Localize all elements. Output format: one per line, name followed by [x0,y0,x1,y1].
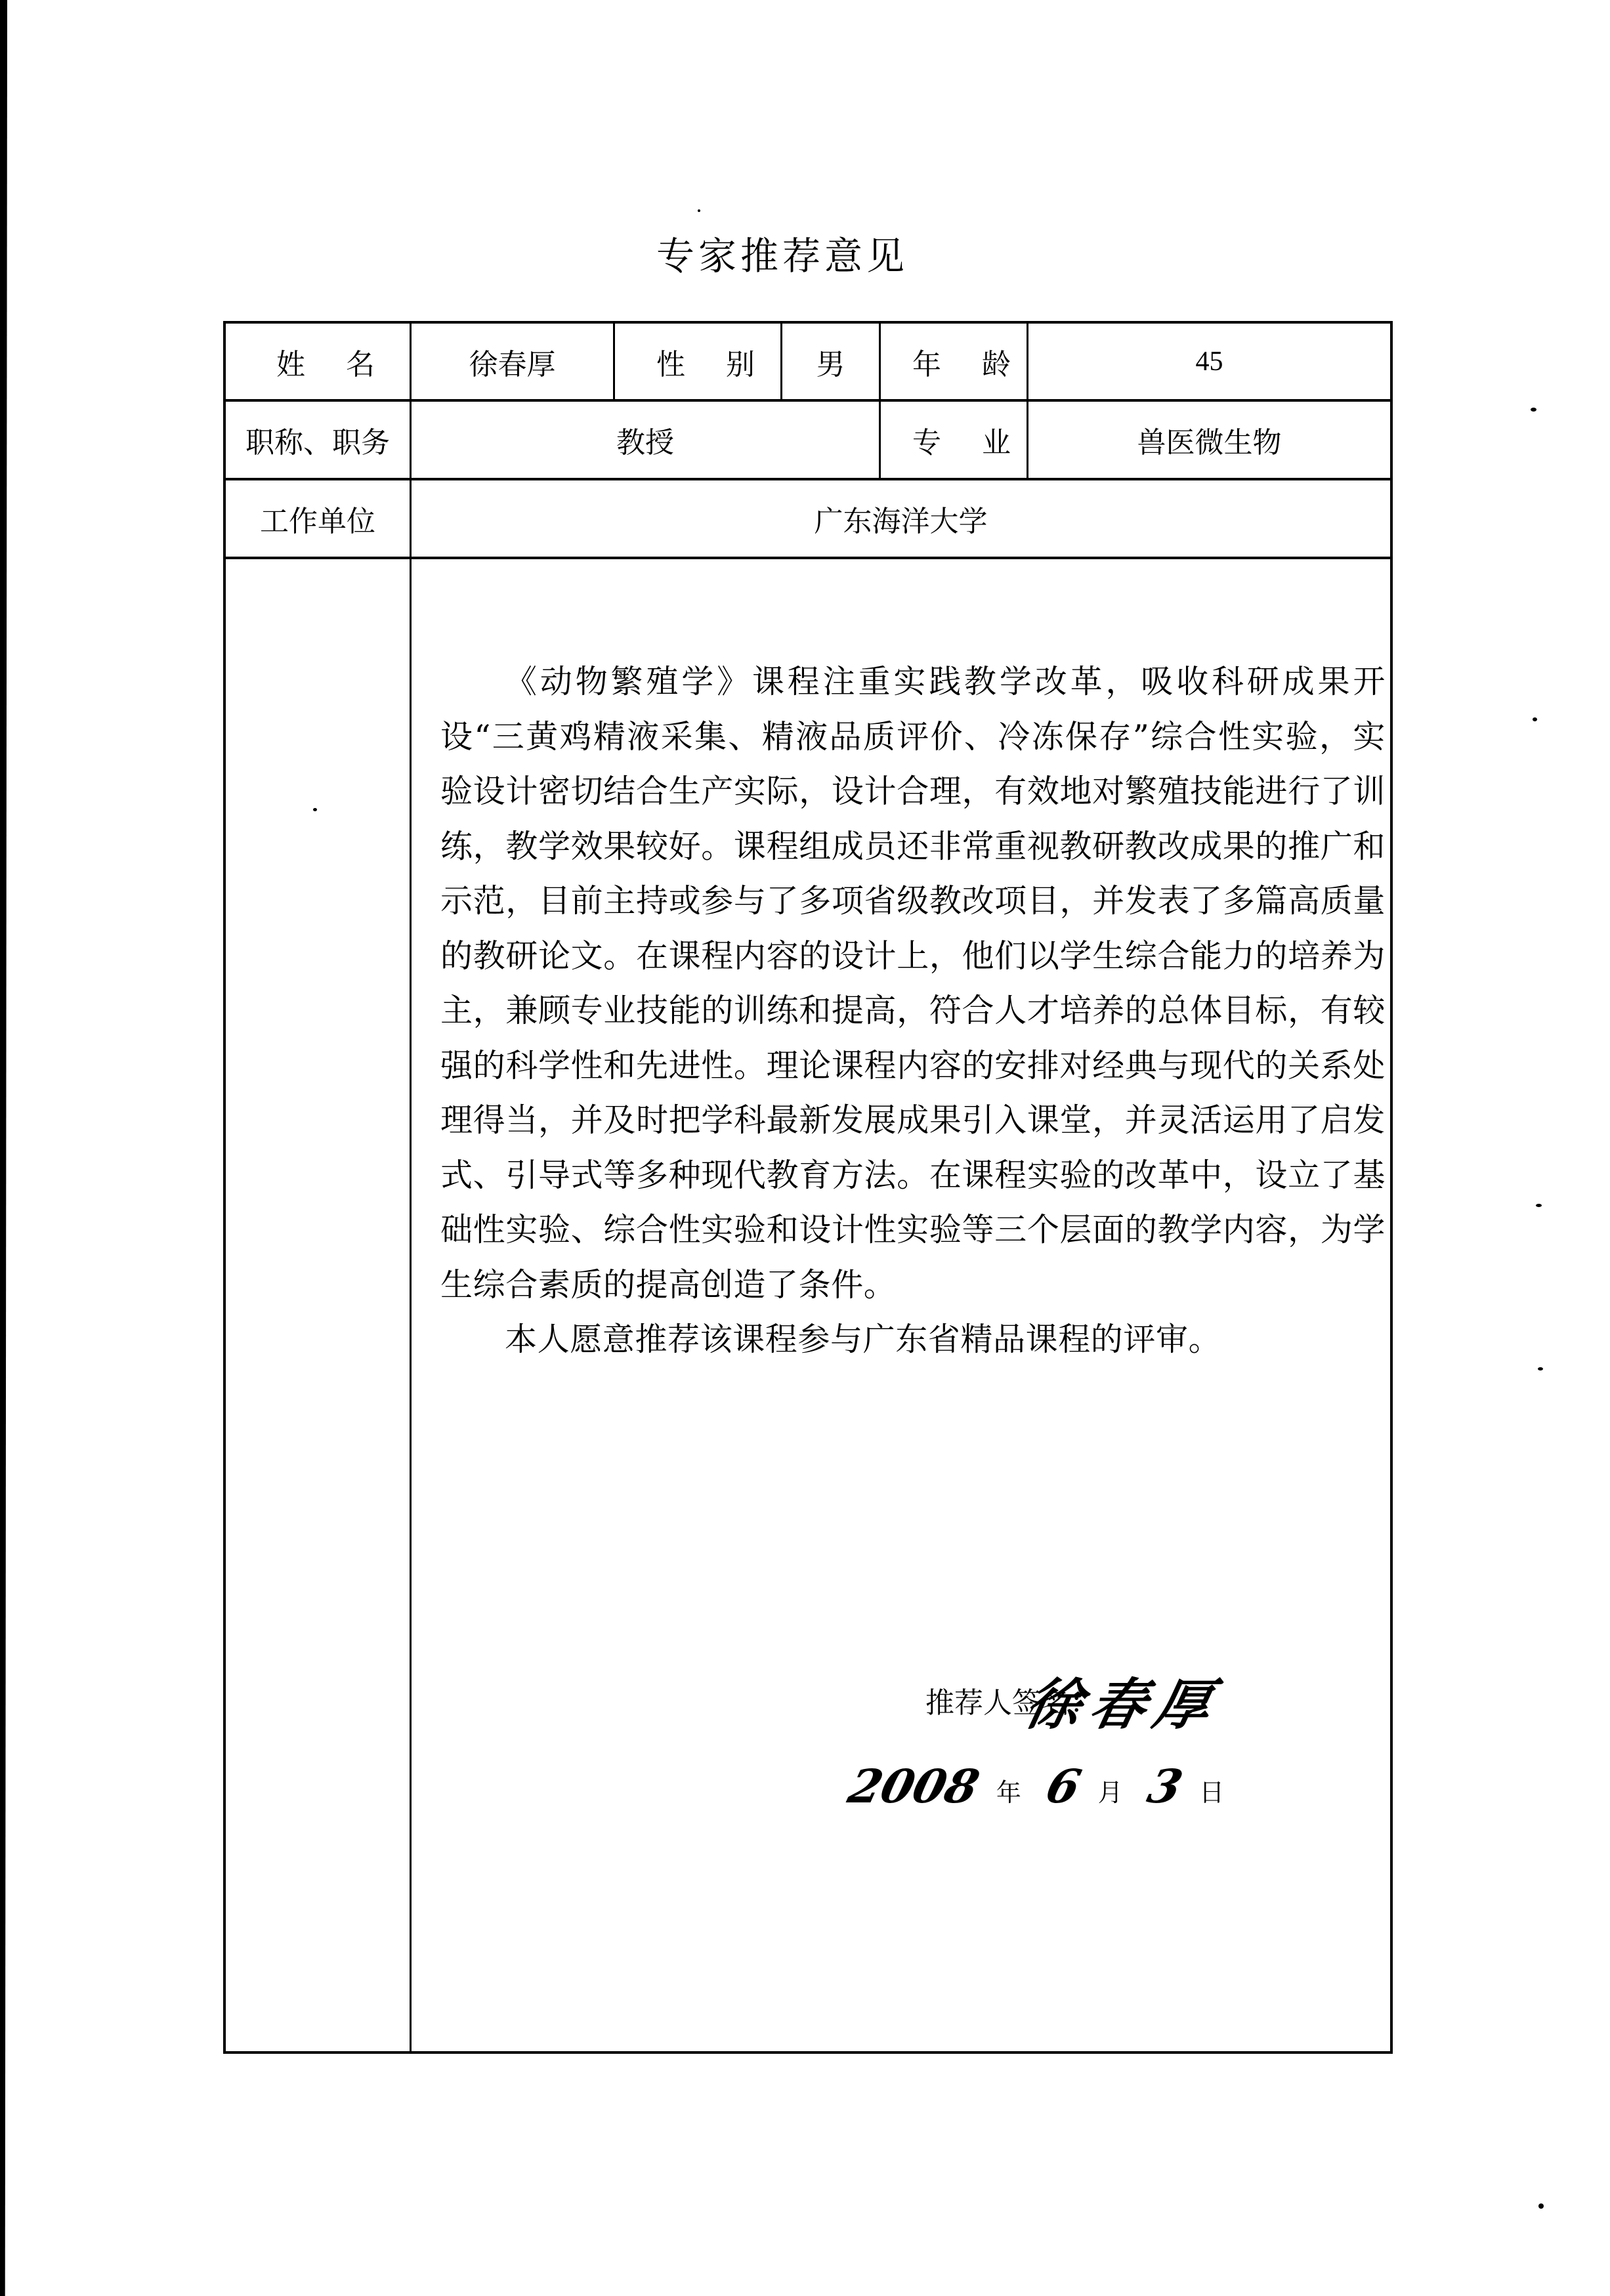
gender-value: 男 [782,324,879,399]
scan-speck [698,209,700,212]
scan-edge-artifact [0,0,7,2296]
date-month-unit: 月 [1098,1772,1123,1808]
row-divider [226,557,1390,559]
name-value: 徐春厚 [412,324,613,399]
age-label: 年 龄 [881,324,1042,399]
date-year-unit: 年 [996,1772,1021,1808]
signature-date: 2008 年 6 月 3 日 [850,1759,1250,1814]
label-column-divider [410,324,412,2051]
expert-opinion-text: 《动物繁殖学》课程注重实践教学改革，吸收科研成果开设“三黄鸡精液采集、精液品质评… [440,654,1386,1367]
major-value: 兽医微生物 [1028,402,1390,478]
gender-label: 性 别 [615,324,796,399]
date-day: 3 [1142,1759,1187,1814]
employer-value: 广东海洋大学 [412,480,1390,557]
date-day-unit: 日 [1199,1772,1224,1808]
scan-speck [1538,1367,1543,1371]
scan-speck [1538,2203,1544,2209]
opinion-paragraph: 《动物繁殖学》课程注重实践教学改革，吸收科研成果开设“三黄鸡精液采集、精液品质评… [440,654,1386,1312]
employer-label: 工作单位 [226,480,410,557]
title-position-label: 职称、职务 [226,402,410,478]
page-title: 专家推荐意见 [656,233,908,279]
recommendation-statement: 本人愿意推荐该课程参与广东省精品课程的评审。 [440,1312,1386,1367]
age-value: 45 [1028,324,1390,399]
date-month: 6 [1040,1759,1086,1814]
name-label: 姓 名 [226,324,425,399]
major-label: 专 业 [881,402,1042,478]
date-year: 2008 [843,1759,985,1814]
scan-speck [1533,717,1537,721]
scan-speck [1536,1204,1542,1207]
scan-speck [1531,408,1536,412]
handwritten-signature: 徐春厚 [1019,1661,1229,1740]
title-position-value: 教授 [412,402,879,478]
